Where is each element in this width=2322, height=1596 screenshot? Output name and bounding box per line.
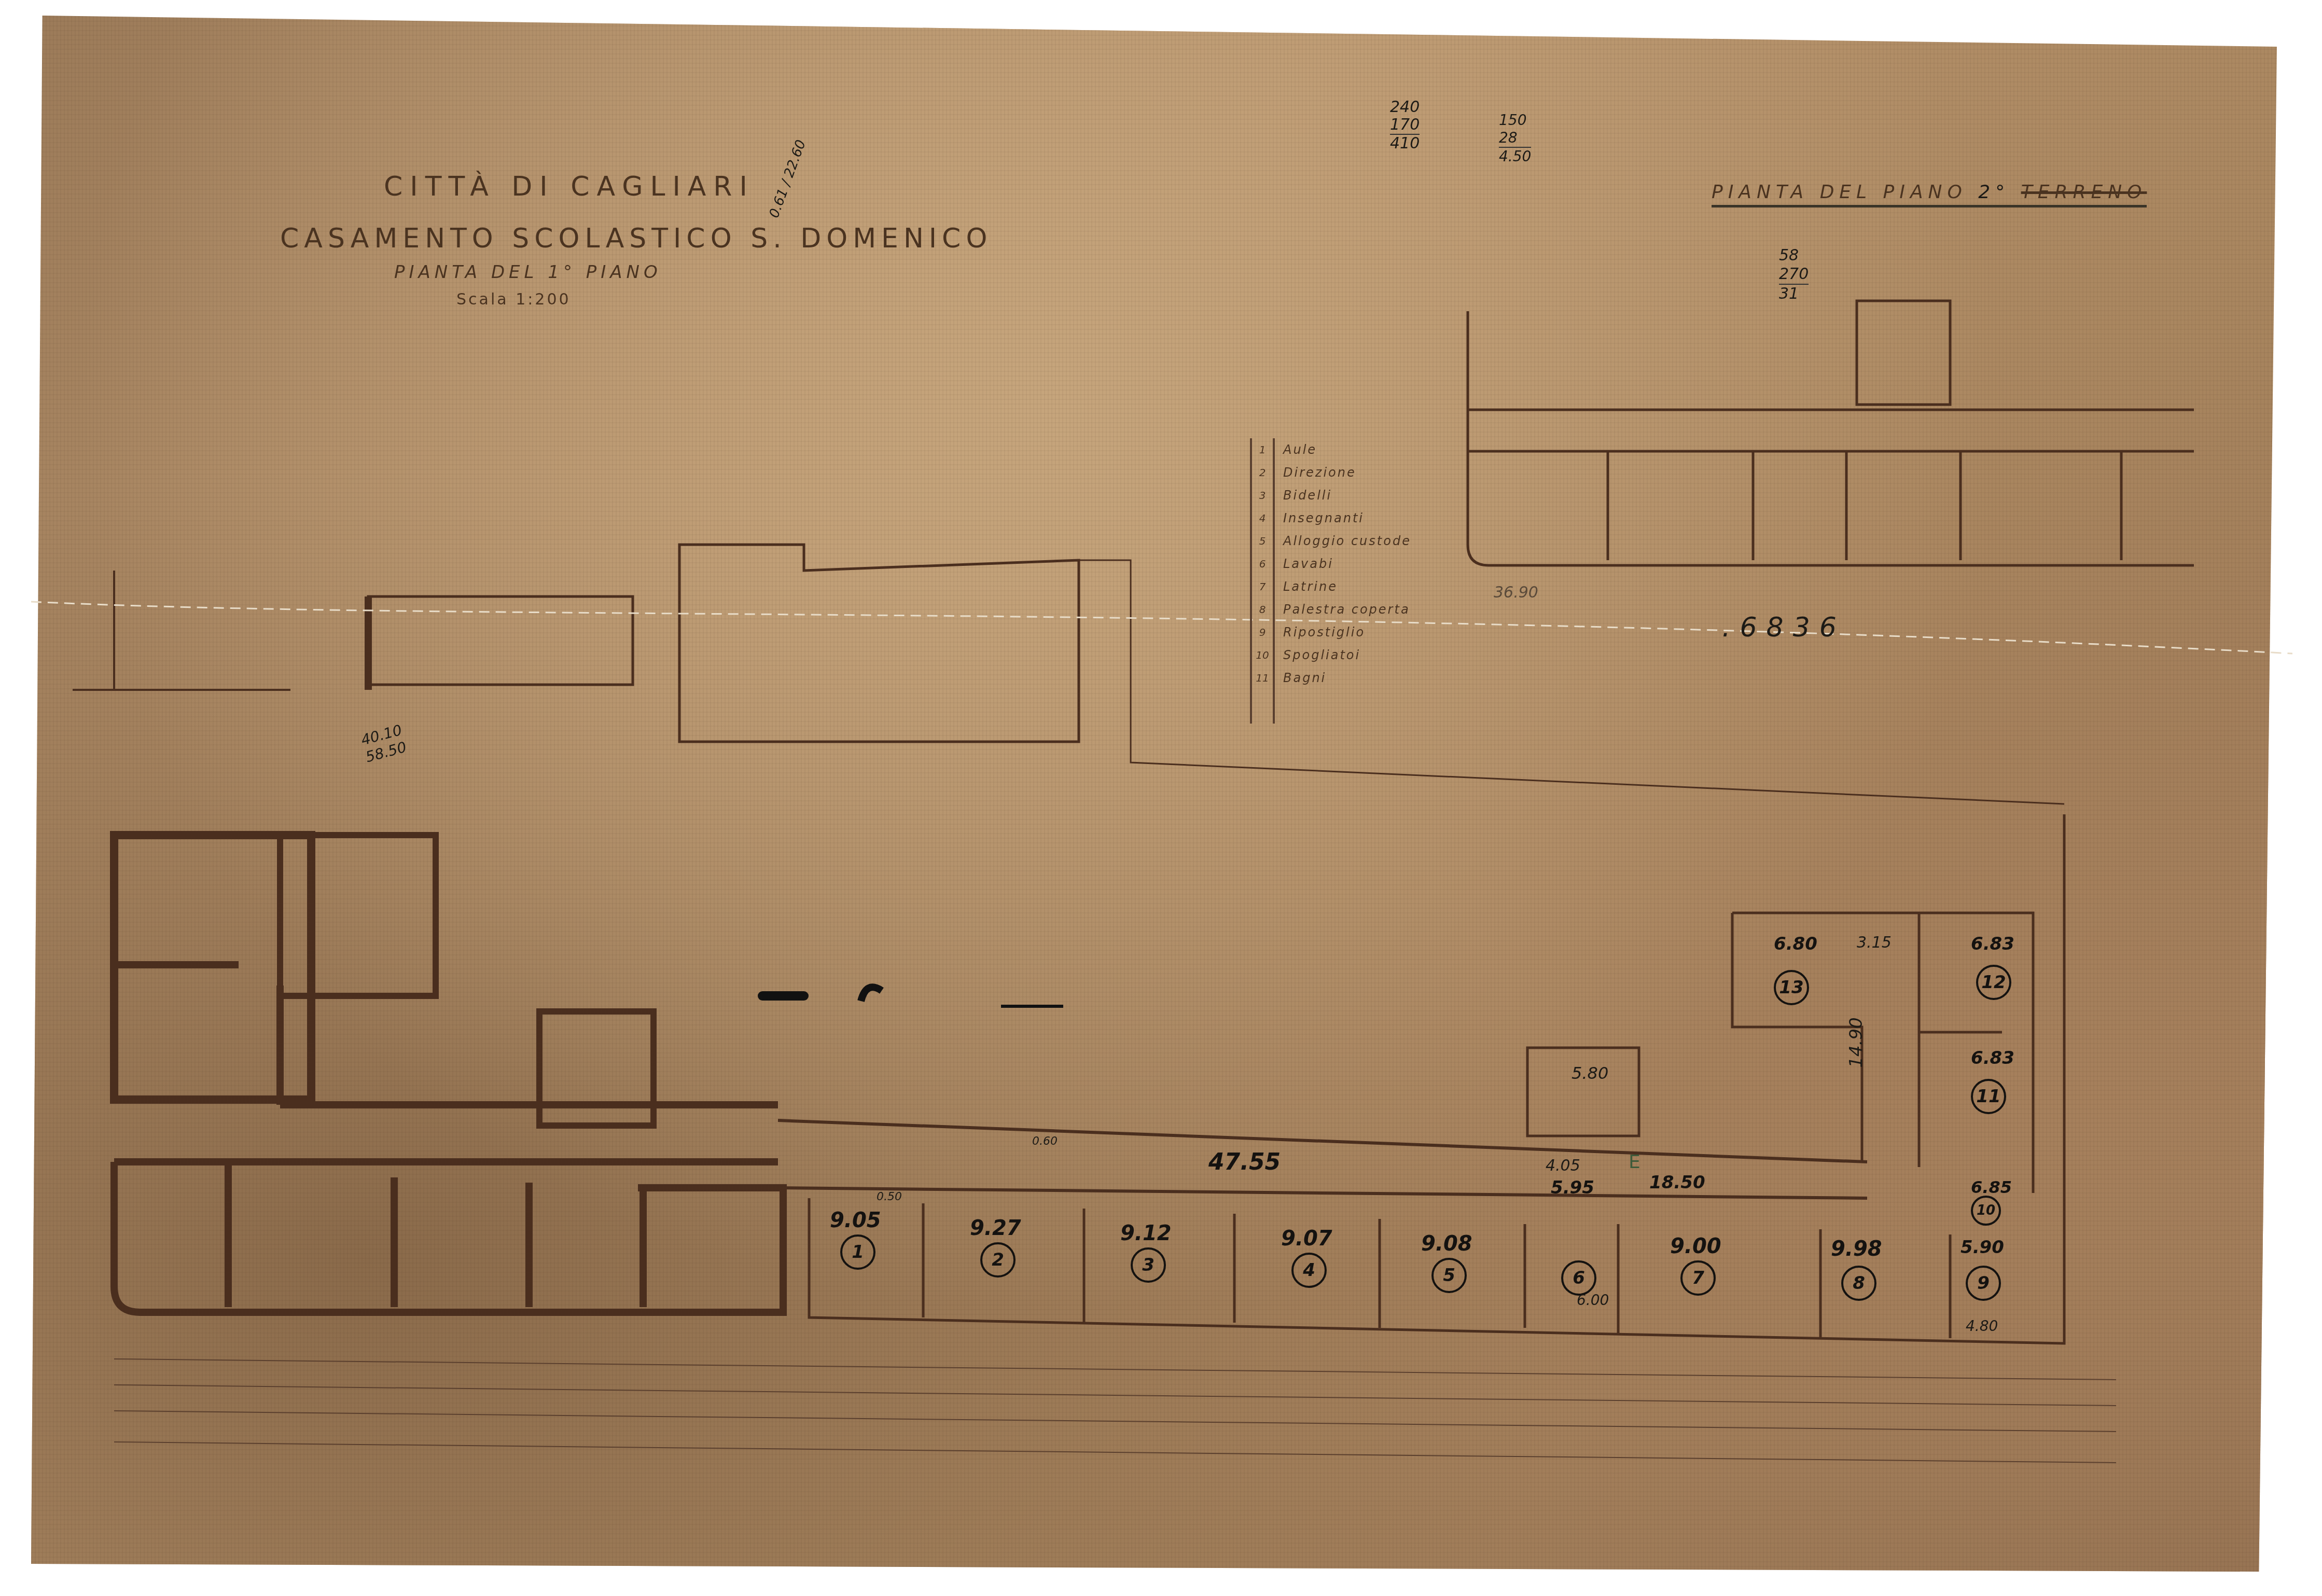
second-plan-length: 36.90 bbox=[1494, 584, 1538, 602]
calc-top-1: 240170410 bbox=[1390, 99, 1420, 152]
legend-item: 10Spogliatoi bbox=[1252, 644, 1360, 667]
header-building: CASAMENTO SCOLASTICO S. DOMENICO bbox=[280, 223, 992, 254]
dim-315: 3.15 bbox=[1857, 934, 1892, 952]
corridor-label-E: E bbox=[1629, 1151, 1640, 1173]
struck-text: TERRENO bbox=[2021, 182, 2147, 203]
room-2-dim: 9.27 bbox=[970, 1216, 1021, 1240]
legend-item: 8Palestra coperta bbox=[1252, 598, 1410, 621]
legend-item: 11Bagni bbox=[1252, 667, 1326, 689]
room-12-dim: 6.83 bbox=[1971, 934, 2014, 954]
corridor-length: 47.55 bbox=[1208, 1149, 1281, 1175]
room-5-dim: 9.08 bbox=[1421, 1232, 1472, 1256]
room-13-dim: 6.80 bbox=[1774, 934, 1817, 954]
archive-number: .6836 bbox=[1722, 612, 1846, 643]
second-plan-title-prefix: PIANTA DEL PIANO bbox=[1712, 182, 1967, 203]
room-7-number: 7 bbox=[1680, 1260, 1716, 1296]
room-4-dim: 9.07 bbox=[1281, 1227, 1332, 1251]
room-6-dim: 5.95 bbox=[1551, 1177, 1594, 1198]
room-9-number: 9 bbox=[1966, 1266, 2001, 1301]
header-scale: Scala 1:200 bbox=[456, 290, 571, 309]
room-3-number: 3 bbox=[1131, 1247, 1166, 1283]
dim-600: 6.00 bbox=[1577, 1292, 1609, 1309]
dim-1490: 14.90 bbox=[1846, 1017, 1867, 1067]
room-11-number: 11 bbox=[1971, 1079, 2006, 1114]
wall-dim-050: 0.50 bbox=[877, 1190, 902, 1203]
room-5-number: 5 bbox=[1431, 1258, 1467, 1293]
stair-top-dim: 5.80 bbox=[1572, 1063, 1608, 1083]
legend-item: 4Insegnanti bbox=[1252, 507, 1364, 530]
legend-item: 7Latrine bbox=[1252, 575, 1338, 598]
calc-top-2: 150284.50 bbox=[1499, 112, 1531, 165]
room-10-dim: 6.85 bbox=[1971, 1177, 2012, 1197]
legend-item: 3Bidelli bbox=[1252, 484, 1332, 507]
room-2-number: 2 bbox=[980, 1242, 1016, 1278]
corridor-dim: 18.50 bbox=[1649, 1172, 1705, 1193]
header-plan-title: PIANTA DEL 1° PIANO bbox=[394, 262, 662, 283]
room-9-dim: 5.90 bbox=[1961, 1237, 2004, 1258]
legend-item: 5Alloggio custode bbox=[1252, 530, 1411, 552]
room-3-dim: 9.12 bbox=[1120, 1222, 1172, 1245]
room-12-number: 12 bbox=[1976, 965, 2011, 1000]
legend-item: 1Aule bbox=[1252, 438, 1317, 461]
calc-right: 5827031 bbox=[1779, 246, 1809, 303]
wall-dim-060: 0.60 bbox=[1032, 1135, 1058, 1148]
room-7-dim: 9.00 bbox=[1670, 1234, 1721, 1258]
room-6-number: 6 bbox=[1561, 1260, 1596, 1296]
room-1-number: 1 bbox=[840, 1234, 875, 1270]
room-4-number: 4 bbox=[1291, 1253, 1327, 1288]
room-8-dim: 9.98 bbox=[1831, 1237, 1882, 1261]
room-13-number: 13 bbox=[1774, 970, 1809, 1005]
room-11-dim: 6.83 bbox=[1971, 1048, 2014, 1068]
room-10-number: 10 bbox=[1971, 1196, 2001, 1226]
room-1-dim: 9.05 bbox=[830, 1209, 881, 1232]
legend-item: 6Lavabi bbox=[1252, 552, 1333, 575]
dim-480: 4.80 bbox=[1966, 1317, 1998, 1335]
header-city: CITTÀ DI CAGLIARI bbox=[384, 171, 755, 202]
second-plan-title: PIANTA DEL PIANO 2° TERRENO bbox=[1712, 182, 2147, 207]
floor-correction: 2° bbox=[1978, 182, 2010, 203]
legend-item: 2Direzione bbox=[1252, 461, 1356, 484]
landing-dim: 4.05 bbox=[1546, 1157, 1580, 1175]
room-legend: 1Aule 2Direzione 3Bidelli 4Insegnanti 5A… bbox=[1250, 438, 1439, 724]
room-8-number: 8 bbox=[1841, 1266, 1876, 1301]
legend-item: 9Ripostiglio bbox=[1252, 621, 1365, 644]
